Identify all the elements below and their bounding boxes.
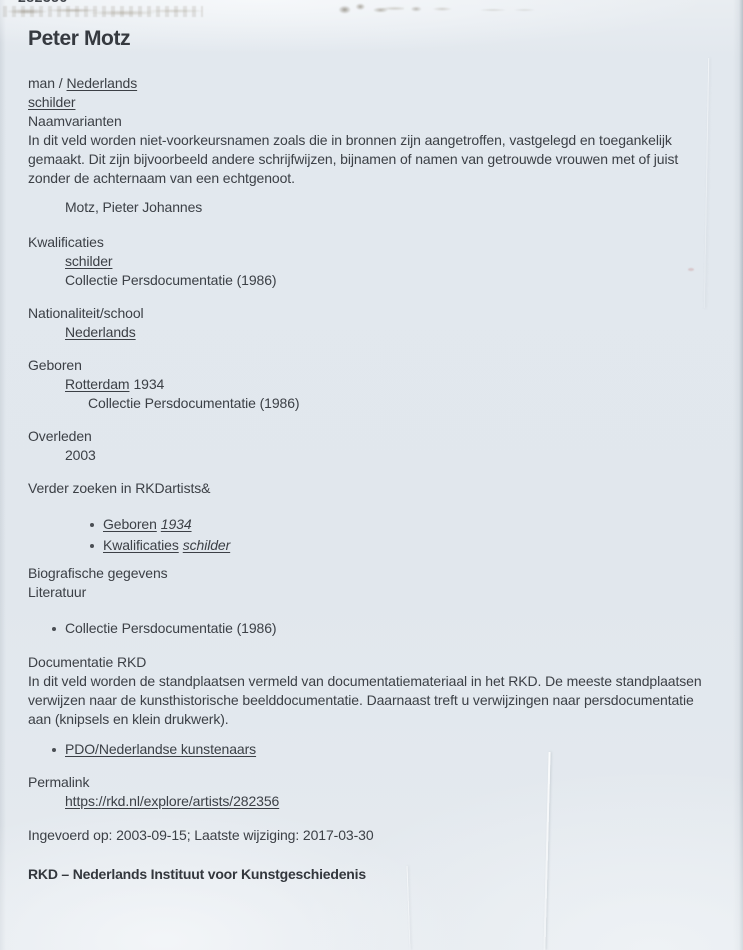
scanned-document-page: 282356 Peter Motz man /Nederlands schild… — [0, 0, 743, 950]
literatuur-list: Collectie Persdocumentatie (1986) — [65, 619, 717, 638]
profession-line: schilder — [28, 93, 717, 112]
naamvarianten-section: Naamvarianten In dit veld worden niet-vo… — [28, 112, 717, 217]
pdo-link: PDO/Nederlandse kunstenaars — [65, 741, 256, 757]
record-dates-line: Ingevoerd op: 2003-09-15; Laatste wijzig… — [28, 826, 717, 845]
gender-label: man / — [28, 75, 63, 91]
list-item: Geboren1934 — [103, 514, 717, 535]
search-link-text: Geboren — [103, 516, 157, 532]
nationaliteit-label: Nationaliteit/school — [28, 304, 717, 323]
birth-year: 1934 — [133, 376, 164, 392]
verder-zoeken-list: Geboren1934 Kwalificatiesschilder — [103, 514, 717, 556]
list-item: Collectie Persdocumentatie (1986) — [65, 619, 717, 638]
nationaliteit-link: Nederlands — [65, 324, 136, 340]
list-item: PDO/Nederlandse kunstenaars — [65, 740, 717, 759]
documentatie-section: Documentatie RKD In dit veld worden de s… — [28, 653, 717, 759]
search-link-value: schilder — [183, 537, 230, 553]
death-year: 2003 — [65, 446, 717, 465]
literatuur-label: Literatuur — [28, 583, 717, 602]
documentatie-list: PDO/Nederlandse kunstenaars — [65, 740, 717, 759]
search-link-kwalificaties: Kwalificatiesschilder — [103, 537, 230, 553]
documentatie-label: Documentatie RKD — [28, 653, 717, 672]
permalink-section: Permalink https://rkd.nl/explore/artists… — [28, 773, 717, 811]
documentatie-description: In dit veld worden de standplaatsen verm… — [28, 672, 717, 729]
geboren-line: Rotterdam1934 — [65, 375, 717, 394]
artist-name-title: Peter Motz — [28, 28, 717, 50]
list-item: Kwalificatiesschilder — [103, 535, 717, 556]
search-link-text: Kwalificaties — [103, 537, 179, 553]
profession-link: schilder — [28, 94, 75, 110]
nationaliteit-line: Nederlands — [65, 323, 717, 342]
kwalificatie-link: schilder — [65, 253, 112, 269]
biografische-label: Biografische gegevens — [28, 564, 717, 583]
search-link-geboren: Geboren1934 — [103, 516, 192, 532]
permalink-url: https://rkd.nl/explore/artists/282356 — [65, 793, 279, 809]
overleden-label: Overleden — [28, 427, 717, 446]
geboren-label: Geboren — [28, 356, 717, 375]
geboren-source: Collectie Persdocumentatie (1986) — [88, 394, 717, 413]
institution-footer: RKD – Nederlands Instituut voor Kunstges… — [28, 865, 717, 884]
overleden-section: Overleden 2003 — [28, 427, 717, 465]
kwalificaties-section: Kwalificaties schilder Collectie Persdoc… — [28, 233, 717, 290]
verder-zoeken-label: Verder zoeken in RKDartists& — [28, 479, 717, 498]
biografische-section: Biografische gegevens Literatuur Collect… — [28, 564, 717, 638]
naamvarianten-label: Naamvarianten — [28, 112, 717, 131]
nationaliteit-section: Nationaliteit/school Nederlands — [28, 304, 717, 342]
document-content: Peter Motz man /Nederlands schilder Naam… — [0, 0, 743, 884]
geboren-section: Geboren Rotterdam1934 Collectie Persdocu… — [28, 356, 717, 413]
kwalificaties-label: Kwalificaties — [28, 233, 717, 252]
nationality-link: Nederlands — [67, 75, 138, 91]
naamvarianten-description: In dit veld worden niet-voorkeursnamen z… — [28, 131, 717, 188]
permalink-label: Permalink — [28, 773, 717, 792]
kwalificatie-source: Collectie Persdocumentatie (1986) — [65, 271, 717, 290]
kwalificatie-line: schilder — [65, 252, 717, 271]
permalink-line: https://rkd.nl/explore/artists/282356 — [65, 792, 717, 811]
name-variant-value: Motz, Pieter Johannes — [65, 198, 717, 217]
search-link-value: 1934 — [161, 516, 192, 532]
verder-zoeken-section: Verder zoeken in RKDartists& Geboren1934… — [28, 479, 717, 556]
gender-nationality-line: man /Nederlands — [28, 74, 717, 93]
birthplace-link: Rotterdam — [65, 376, 129, 392]
